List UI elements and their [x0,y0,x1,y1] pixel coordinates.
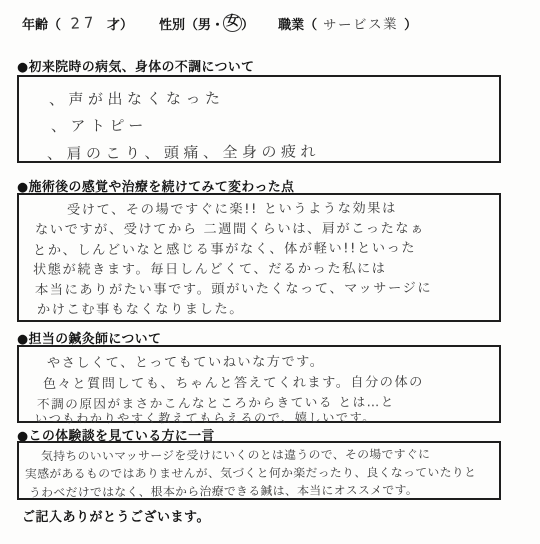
occupation-handwritten-value: サービス業 [323,12,398,33]
profile-row: 年齢（ 27 才） 性別（男・ 女 ） 職業（ サービス業 ） [22,13,530,33]
section-title-first-visit-symptoms: ●初来院時の病気、身体の不調について [17,56,254,75]
handwritten-line: 、アトピー [29,111,489,140]
handwritten-line: 状態が続きます。毎日しんどくて、だるかった私には [27,259,491,281]
handwritten-line: いつもわかりやすく教えてもらえるので、嬉しいです。 [27,410,491,426]
occupation-label-close: ） [404,14,417,33]
handwritten-line: ないですが、受けてから 二週間くらいは、肩がこったなぁ [27,219,491,241]
handwritten-line: 受けて、その場ですぐに楽!! というような効果は [27,199,491,221]
answer-box-about-acupuncturist: やさしくて、とってもていねいな方です。 色々と質問しても、ちゃんと答えてくれます… [17,345,501,423]
gender-label-close: ） [241,14,254,33]
handwritten-line: 色々と質問しても、ちゃんと答えてくれます。自分の体の [27,372,491,396]
handwritten-line: 本当にありがたい事です。頭がいたくなって、マッサージに [27,279,491,301]
thank-you-note: ご記入ありがとうございます。 [22,506,210,525]
questionnaire-scan: 年齢（ 27 才） 性別（男・ 女 ） 職業（ サービス業 ） ●初来院時の病気… [0,0,540,544]
occupation-label: 職業（ [278,14,317,33]
age-handwritten-value: 27 [61,13,108,33]
handwritten-line: 、声が出なくなった [29,83,489,113]
handwritten-line: やさしくて、とってもていねいな方です。 [27,351,491,374]
handwritten-line: とか、しんどいなと感じる事がなく、体が軽い!!といった [27,238,491,261]
answer-box-first-visit-symptoms: 、声が出なくなった 、アトピー 、肩のこり、頭痛、全身の疲れ [17,75,501,163]
handwritten-line: かけこむ事もなくなりました。 [27,299,491,321]
handwritten-line: 気持ちのいいマッサージを受けにいくのとは違うので、その場ですぐに [25,445,493,465]
handwritten-line: 、肩のこり、頭痛、全身の疲れ [29,137,489,168]
gender-label: 性別（男・ [159,14,224,33]
answer-box-changes-after-treatment: 受けて、その場ですぐに楽!! というような効果は ないですが、受けてから 二週間… [17,193,501,322]
handwritten-line: うわべだけではなく、根本から治療できる鍼は、本当にオススメです。 [25,480,493,501]
age-label: 年齢（ [22,14,61,33]
age-unit-label: 才） [107,14,133,33]
gender-circled-female: 女 [223,14,242,31]
answer-box-message-to-readers: 気持ちのいいマッサージを受けにいくのとは違うので、その場ですぐに 実感があるもの… [17,441,501,500]
